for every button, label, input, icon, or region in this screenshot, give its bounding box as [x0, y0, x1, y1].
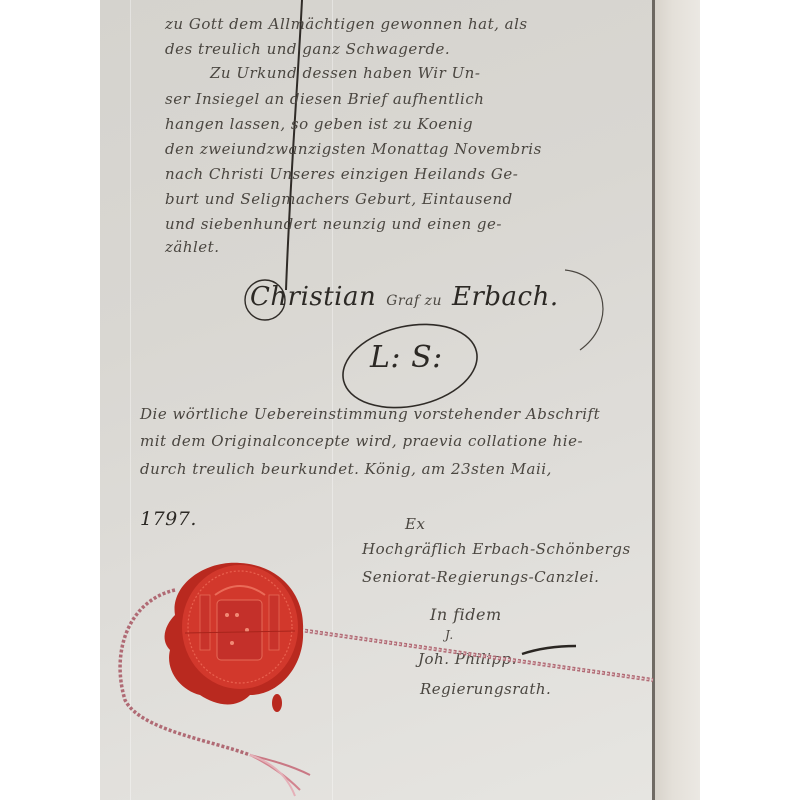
body-line: hangen lassen, so geben ist zu Koenig: [165, 115, 473, 133]
body-line: zu Gott dem Allmächtigen gewonnen hat, a…: [165, 15, 528, 33]
body-line: nach Christi Unseres einzigen Heilands G…: [165, 165, 518, 183]
body-line: und siebenhundert neunzig und einen ge-: [165, 215, 502, 233]
wax-seal: [155, 555, 315, 715]
body-line: des treulich und ganz Schwagerde.: [165, 40, 450, 58]
body-line: burt und Seligmachers Geburt, Eintausend: [165, 190, 513, 208]
chancery-line: Hochgräflich Erbach-Schönbergs: [362, 540, 631, 558]
body-line: Zu Urkund dessen haben Wir Un-: [210, 64, 480, 82]
attestation-line: durch treulich beurkundet. König, am 23s…: [140, 460, 552, 478]
attestation-year: 1797.: [140, 508, 197, 530]
signature-title: Graf zu: [386, 293, 442, 309]
body-line: zählet.: [165, 238, 219, 256]
chancery-prefix: Ex: [405, 515, 425, 533]
signature-flourish: [240, 270, 300, 330]
locus-sigilli: L: S:: [370, 340, 443, 375]
body-line: ser Insiegel an diesen Brief aufhentlich: [165, 90, 484, 108]
attestation-line: mit dem Originalconcepte wird, praevia c…: [140, 432, 583, 450]
document-photo: zu Gott dem Allmächtigen gewonnen hat, a…: [100, 0, 700, 800]
attestation-line: Die wörtliche Uebereinstimmung vorstehen…: [140, 405, 600, 423]
body-line: den zweiundzwanzigsten Monattag Novembri…: [165, 140, 542, 158]
underlying-sheet: [655, 0, 700, 800]
signature-place: Erbach.: [452, 282, 559, 312]
signature-flourish: [560, 265, 620, 365]
